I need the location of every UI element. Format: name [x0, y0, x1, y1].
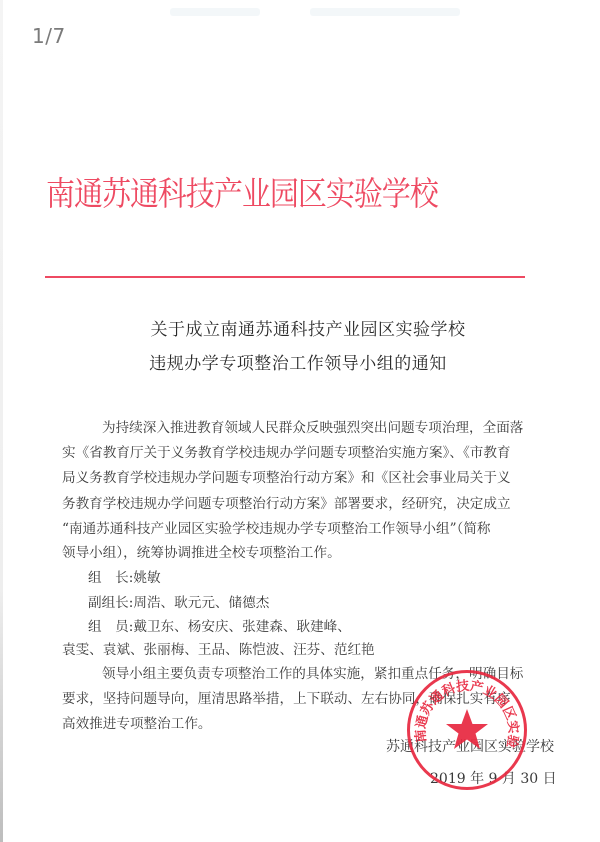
paragraph-line: 领导小组），统筹协调推进全校专项整治工作。	[62, 541, 341, 561]
page-indicator: 1/7	[32, 24, 66, 48]
paragraph-line: 实《省教育厅关于义务教育学校违规办学问题专项整治实施方案》、《市教育	[62, 441, 511, 461]
leader-row: 组 长:姚敏	[88, 566, 161, 586]
paragraph-line: “南通苏通科技产业园区实验学校违规办学专项整治工作领导小组”（简称	[62, 517, 491, 537]
members-label: 组 员:	[88, 619, 133, 635]
seal-star-icon: 南通苏通科技产业园区实验学校	[410, 673, 524, 787]
official-seal: 南通苏通科技产业园区实验学校	[407, 670, 527, 790]
paragraph-line: 为持续深入推进教育领域人民群众反映强烈突出问题专项治理，全面落	[102, 416, 523, 436]
deputy-label: 副组长:	[88, 595, 133, 611]
paragraph-line: 务教育学校违规办学问题专项整治行动方案》部署要求，经研究，决定成立	[62, 492, 511, 512]
paragraph-line: 局义务教育学校违规办学问题专项整治行动方案》和《区社会事业局关于义	[62, 466, 511, 486]
document-page: 1/7 南通苏通科技产业园区实验学校 关于成立南通苏通科技产业园区实验学校 违规…	[0, 0, 600, 842]
leader-label: 组 长:	[88, 570, 133, 586]
leader-name: 姚敏	[133, 570, 160, 586]
deputy-names: 周浩、耿元元、储德杰	[133, 595, 269, 611]
paragraph-line: 高效推进专项整治工作。	[62, 712, 212, 732]
page-edge-shadow	[0, 0, 3, 842]
members-row-continued: 袁雯、袁斌、张丽梅、王品、陈恺波、汪芬、范红艳	[62, 638, 375, 658]
deputy-leader-row: 副组长:周浩、耿元元、储德杰	[88, 591, 269, 611]
members-row: 组 员:戴卫东、杨安庆、张建森、耿建峰、	[88, 615, 351, 635]
member-names: 戴卫东、杨安庆、张建森、耿建峰、	[133, 619, 351, 635]
